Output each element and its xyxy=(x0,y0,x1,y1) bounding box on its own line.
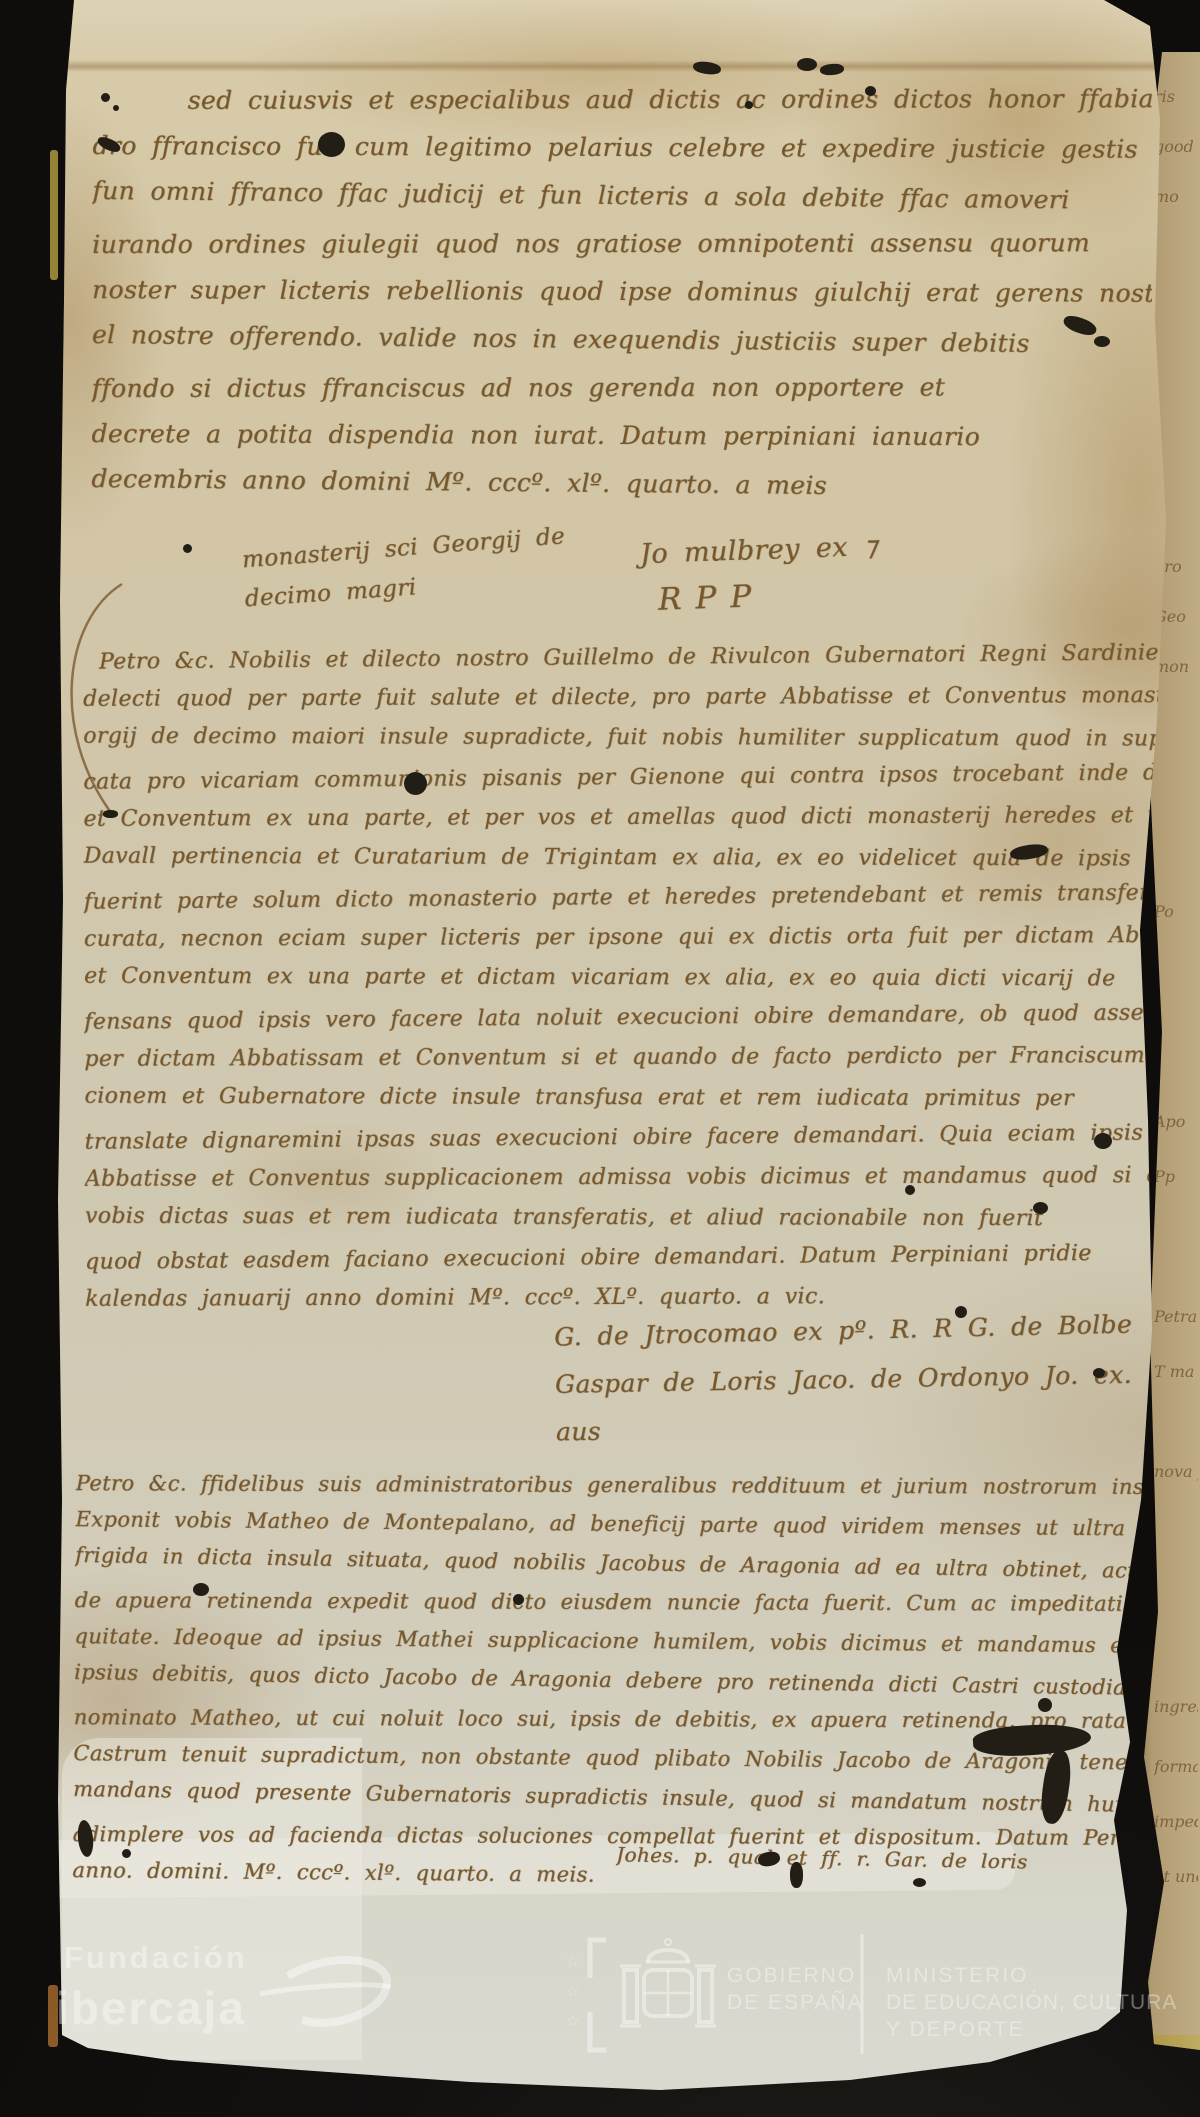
margin-note: monasterij sci Georgij dedecimo magri xyxy=(241,517,576,620)
ibercaja-watermark: Fundación ibercaja xyxy=(50,1932,395,2052)
ink-blot xyxy=(1093,1368,1105,1378)
manuscript-line: et Conventum ex una parte et dictam vica… xyxy=(84,957,1162,1000)
manuscript-page: sed cuiusvis et especialibus aud dictis … xyxy=(0,0,1200,2117)
manuscript-line: orgij de decimo maiori insule supradicte… xyxy=(83,717,1161,760)
ink-blot xyxy=(865,86,876,96)
manuscript-line: vobis dictas suas et rem iudicata transf… xyxy=(85,1197,1163,1240)
ink-blot xyxy=(122,1849,131,1858)
facing-page-text-fragment: et uno xyxy=(1154,1867,1198,1897)
paragraph-2: Petro &c. Nobilis et dilecto nostro Guil… xyxy=(83,636,1163,1320)
manuscript-line: quod obstat easdem faciano execucioni ob… xyxy=(85,1233,1163,1282)
manuscript-line: dro ffrancisco fun cum legitimo pelarius… xyxy=(92,122,1152,174)
facing-page-text-fragment: Pp xyxy=(1154,1167,1198,1197)
ink-blot xyxy=(404,772,427,795)
ink-blot xyxy=(913,1878,926,1887)
manuscript-line: aus xyxy=(556,1401,1137,1457)
gobierno-watermark-line2: DE ESPAÑA xyxy=(727,1990,864,2014)
paragraph-1: sed cuiusvis et especialibus aud dictis … xyxy=(91,74,1153,510)
star-icon: ☆ xyxy=(566,2012,579,2030)
ink-blot xyxy=(1038,1698,1052,1712)
manuscript-line: Petro &c. ffidelibus suis administratori… xyxy=(76,1464,1166,1507)
ink-blot xyxy=(790,1862,803,1888)
facing-page-text-fragment: mo xyxy=(1154,187,1198,217)
registrar-flourish: RPP xyxy=(657,578,765,618)
fore-edge-sliver xyxy=(50,150,58,280)
paragraph-3: Petro &c. ffidelibus suis administratori… xyxy=(72,1461,1166,1899)
ink-blot xyxy=(955,1306,967,1318)
ink-blot xyxy=(1094,336,1110,347)
ink-blot xyxy=(905,1185,915,1195)
facing-page-text-fragment: impediu xyxy=(1154,1812,1198,1842)
manuscript-line: fensans quod ipsis vero facere lata nolu… xyxy=(84,993,1162,1042)
facing-page-text-fragment: T ma xyxy=(1154,1362,1198,1392)
manuscript-line: el nostre offerendo. valide nos in exequ… xyxy=(92,311,1152,369)
facing-page-text-fragment: Apo xyxy=(1154,1112,1198,1142)
manuscript-line: sed cuiusvis et especialibus aud dictis … xyxy=(93,75,1153,125)
manuscript-line: cionem et Gubernatore dicte insule trans… xyxy=(84,1077,1162,1120)
manuscript-line: Petro &c. Nobilis et dilecto nostro Guil… xyxy=(83,633,1161,682)
facing-page-text-fragment: ris xyxy=(1154,87,1198,117)
facing-page-text-fragment: Po xyxy=(1154,902,1198,932)
ministerio-watermark-line2: DE EDUCACIÓN, CULTURA xyxy=(886,1991,1177,2014)
manuscript-line: noster super licteris rebellionis quod i… xyxy=(92,266,1152,318)
manuscript-line: et Conventum ex una parte, et per vos et… xyxy=(83,796,1161,840)
manuscript-line: per dictam Abbatissam et Conventum si et… xyxy=(84,1036,1162,1080)
manuscript-line: curata, necnon eciam super licteris per … xyxy=(84,916,1162,960)
ibercaja-watermark-line2: ibercaja xyxy=(56,1982,246,2034)
ink-blot xyxy=(820,63,845,76)
ministerio-watermark-line3: Y DEPORTE xyxy=(886,2018,1025,2041)
facing-page-text-fragment: nova fi xyxy=(1154,1462,1198,1492)
ink-blot xyxy=(1033,1202,1048,1214)
manuscript-line: fun omni ffranco ffac judicij et fun lic… xyxy=(92,167,1152,225)
facing-page-text-fragment: ingres xyxy=(1154,1697,1198,1727)
ministerio-watermark-line1: MINISTERIO xyxy=(886,1964,1029,1987)
facing-page-text-fragment: forma xyxy=(1154,1757,1198,1787)
facing-page-text-fragment: good xyxy=(1154,137,1198,167)
manuscript-line: Abbatisse et Conventus supplicacionem ad… xyxy=(85,1156,1163,1200)
gobierno-watermark-line1: GOBIERNO xyxy=(727,1964,856,1987)
manuscript-line: translate dignaremini ipsas suas execuci… xyxy=(84,1113,1162,1162)
ink-blot xyxy=(318,132,345,157)
ink-blot xyxy=(797,58,817,71)
manuscript-line: fuerint parte solum dicto monasterio par… xyxy=(84,873,1162,922)
manuscript-line: decrete a potita dispendia non iurat. Da… xyxy=(91,410,1151,462)
fold-crease xyxy=(60,60,1160,72)
star-icon: ☆ xyxy=(566,1982,579,2000)
ink-blot xyxy=(513,1594,524,1605)
manuscript-line: delecti quod per parte fuit salute et di… xyxy=(83,676,1161,720)
ibercaja-watermark-line1: Fundación xyxy=(64,1940,248,1975)
signature-block: G. de Jtrocomao ex pº. R. R G. de Bolber… xyxy=(554,1301,1136,1458)
gobierno-espana-watermark: ☆ ☆ ☆ GOBIERNO DE ESPAÑA MINISTERIO DE E… xyxy=(560,1932,1180,2057)
eu-stars-icon: ☆ ☆ ☆ xyxy=(566,1940,606,2050)
ink-blot xyxy=(113,105,119,111)
spain-coat-of-arms-icon xyxy=(620,1939,716,2026)
manuscript-line: cata pro vicariam communionis pisanis pe… xyxy=(83,753,1161,802)
ink-blot xyxy=(1094,1133,1112,1149)
manuscript-line: decembris anno domini Mº. cccº. xlº. qua… xyxy=(91,455,1151,513)
star-icon: ☆ xyxy=(566,1952,579,1970)
ink-blot xyxy=(745,101,753,109)
facing-page-text-fragment: Petra xyxy=(1154,1307,1198,1337)
registrar-note: Jo mulbrey ex ⁊ xyxy=(640,531,878,570)
manuscript-line: ffondo si dictus ffranciscus ad nos gere… xyxy=(92,363,1152,413)
ink-blot xyxy=(183,544,192,553)
manuscript-line: iurando ordines giulegii quod nos gratio… xyxy=(92,219,1152,269)
ink-blot xyxy=(101,93,110,102)
ibercaja-swoosh-icon xyxy=(260,1960,390,2023)
ink-blot xyxy=(193,1583,209,1596)
manuscript-line: Davall pertinencia et Curatarium de Trig… xyxy=(84,837,1162,880)
ink-blot xyxy=(103,810,118,818)
facing-page-text-fragment: mon xyxy=(1154,657,1198,687)
manuscript-photograph: risgoodmonroGeomonPoApoPpPetraT manova f… xyxy=(0,0,1200,2117)
manuscript-line: de apuera retinenda expedit quod dicto e… xyxy=(75,1581,1165,1624)
